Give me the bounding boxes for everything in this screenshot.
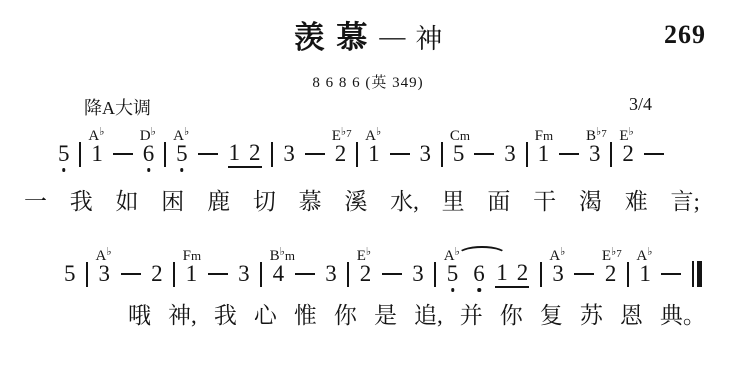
note: 1 bbox=[496, 261, 508, 284]
title-main: 羡 慕 bbox=[294, 20, 370, 55]
duration-dash bbox=[121, 273, 141, 275]
barline bbox=[610, 142, 612, 167]
flat-symbol: ♭ bbox=[376, 126, 381, 138]
note: 2 bbox=[151, 261, 163, 287]
slur-arc bbox=[457, 246, 507, 264]
chord-label: A♭ bbox=[549, 247, 565, 264]
lyric-syllable: 水, bbox=[390, 189, 419, 215]
lyric-syllable: 我 bbox=[70, 189, 93, 215]
notation-line-1: 51A♭6D♭5A♭1232E♭71A♭35Cm31Fm3B♭72E♭ bbox=[58, 141, 664, 167]
note: 1A♭ bbox=[368, 141, 380, 167]
chord-label: A♭ bbox=[96, 247, 112, 264]
flat-symbol: ♭ bbox=[366, 246, 371, 258]
beam-group: 12 bbox=[495, 261, 529, 288]
note: 2 bbox=[517, 261, 529, 284]
octave-dot bbox=[451, 288, 455, 292]
final-thin-bar bbox=[692, 261, 694, 287]
note: 3 bbox=[283, 141, 295, 167]
barline bbox=[173, 262, 175, 287]
note: 3 bbox=[325, 261, 337, 287]
note: 2E♭7 bbox=[335, 141, 347, 167]
lyric-syllable: 你 bbox=[334, 303, 357, 329]
note: 4B♭m bbox=[273, 261, 285, 287]
lyrics-line-2: 哦神,我心惟你是追,并你复苏恩典。 bbox=[128, 303, 706, 329]
final-thick-bar bbox=[697, 261, 702, 287]
chord-label: A♭ bbox=[636, 247, 652, 264]
lyric-syllable: 哦 bbox=[128, 303, 151, 329]
note: 3A♭ bbox=[99, 261, 111, 287]
lyric-syllable: 鹿 bbox=[207, 189, 230, 215]
note: 5 bbox=[58, 141, 70, 167]
note: 5 bbox=[64, 261, 76, 287]
note: 6D♭ bbox=[143, 141, 155, 167]
octave-dot bbox=[147, 168, 151, 172]
duration-dash bbox=[661, 273, 681, 275]
lyric-syllable: 是 bbox=[374, 303, 397, 329]
notation-line-2: 53A♭21Fm34B♭m32E♭35A♭6123A♭2E♭71A♭ bbox=[64, 261, 702, 287]
lyric-syllable: 心 bbox=[254, 303, 277, 329]
lyric-syllable: 复 bbox=[540, 303, 563, 329]
flat-symbol: ♭ bbox=[560, 246, 565, 258]
lyric-syllable: 追, bbox=[414, 303, 443, 329]
title-dash: — bbox=[379, 22, 405, 51]
note: 3A♭ bbox=[552, 261, 564, 287]
duration-dash bbox=[390, 153, 410, 155]
hymn-title: 羡 慕 — 神 bbox=[0, 12, 736, 57]
duration-dash bbox=[295, 273, 315, 275]
chord-label: B♭7 bbox=[586, 127, 607, 144]
key-signature: 降A大调 bbox=[84, 94, 151, 120]
lyric-syllable: 渴 bbox=[579, 189, 602, 215]
lyric-syllable: 典。 bbox=[660, 303, 706, 329]
meter-and-index: 8 6 8 6 (英 349) bbox=[0, 71, 736, 92]
duration-dash bbox=[644, 153, 664, 155]
barline bbox=[164, 142, 166, 167]
duration-dash bbox=[559, 153, 579, 155]
hymn-sheet-page: 269 羡 慕 — 神 8 6 8 6 (英 349) 降A大调 3/4 51A… bbox=[0, 0, 736, 370]
lyric-syllable: 恩 bbox=[620, 303, 643, 329]
lyric-syllable: 干 bbox=[533, 189, 556, 215]
flat-symbol: ♭ bbox=[647, 246, 652, 258]
duration-dash bbox=[382, 273, 402, 275]
chord-label: D♭ bbox=[140, 127, 156, 144]
lyric-syllable: 言; bbox=[670, 189, 699, 215]
chord-label: E♭ bbox=[357, 247, 371, 264]
barline bbox=[260, 262, 262, 287]
barline bbox=[79, 142, 81, 167]
note: 3 bbox=[238, 261, 250, 287]
barline bbox=[86, 262, 88, 287]
lyric-syllable: 惟 bbox=[294, 303, 317, 329]
time-signature: 3/4 bbox=[629, 94, 652, 115]
barline bbox=[540, 262, 542, 287]
note: 2E♭ bbox=[622, 141, 634, 167]
octave-dot bbox=[477, 288, 481, 292]
barline bbox=[441, 142, 443, 167]
lyric-syllable: 慕 bbox=[299, 189, 322, 215]
verse-number: 一 bbox=[24, 189, 47, 215]
lyric-syllable: 溪 bbox=[344, 189, 367, 215]
duration-dash bbox=[113, 153, 133, 155]
note: 1A♭ bbox=[91, 141, 103, 167]
barline bbox=[271, 142, 273, 167]
note: 3 bbox=[412, 261, 424, 287]
note: 1 bbox=[229, 141, 241, 164]
note: 1Fm bbox=[186, 261, 198, 287]
duration-dash bbox=[305, 153, 325, 155]
barline bbox=[347, 262, 349, 287]
octave-dot bbox=[62, 168, 66, 172]
chord-suffix: 7 bbox=[346, 128, 352, 140]
note: 3 bbox=[504, 141, 516, 167]
note: 2 bbox=[249, 141, 261, 164]
chord-label: Fm bbox=[183, 249, 201, 264]
barline bbox=[627, 262, 629, 287]
duration-dash bbox=[574, 273, 594, 275]
note: 3B♭7 bbox=[589, 141, 601, 167]
chord-suffix: m bbox=[460, 128, 470, 143]
lyric-syllable: 我 bbox=[214, 303, 237, 329]
lyric-syllable: 切 bbox=[253, 189, 276, 215]
lyric-syllable: 里 bbox=[442, 189, 465, 215]
barline bbox=[356, 142, 358, 167]
lyric-syllable: 你 bbox=[500, 303, 523, 329]
note: 1A♭ bbox=[639, 261, 651, 287]
note: 5Cm bbox=[453, 141, 465, 167]
flat-symbol: ♭ bbox=[629, 126, 634, 138]
chord-suffix: m bbox=[285, 248, 295, 263]
chord-suffix: m bbox=[543, 128, 553, 143]
chord-label: E♭ bbox=[619, 127, 633, 144]
barline bbox=[526, 142, 528, 167]
chord-label: Fm bbox=[535, 129, 553, 144]
note: 1Fm bbox=[538, 141, 550, 167]
lyric-syllable: 苏 bbox=[580, 303, 603, 329]
final-barline bbox=[692, 261, 702, 287]
barline bbox=[434, 262, 436, 287]
chord-label: E♭7 bbox=[602, 247, 622, 264]
slur-group: 5A♭6 bbox=[447, 261, 485, 287]
lyric-syllable: 面 bbox=[487, 189, 510, 215]
chord-label: A♭ bbox=[365, 127, 381, 144]
lyric-syllable: 如 bbox=[116, 189, 139, 215]
lyrics-line-1: 一我如困鹿切慕溪水,里面干渴难言; bbox=[24, 189, 700, 215]
octave-dot bbox=[180, 168, 184, 172]
flat-symbol: ♭ bbox=[106, 246, 111, 258]
chord-suffix: m bbox=[191, 248, 201, 263]
duration-dash bbox=[198, 153, 218, 155]
lyric-syllable: 并 bbox=[460, 303, 483, 329]
note: 3 bbox=[420, 141, 432, 167]
chord-label: Cm bbox=[450, 129, 470, 144]
chord-suffix: 7 bbox=[616, 248, 622, 260]
title-subject: 神 bbox=[415, 24, 442, 54]
chord-label: B♭m bbox=[270, 247, 295, 264]
lyric-syllable: 难 bbox=[625, 189, 648, 215]
lyric-syllable: 困 bbox=[161, 189, 184, 215]
lyric-syllable: 神, bbox=[168, 303, 197, 329]
duration-dash bbox=[474, 153, 494, 155]
chord-label: A♭ bbox=[173, 127, 189, 144]
note: 2E♭7 bbox=[605, 261, 617, 287]
duration-dash bbox=[208, 273, 228, 275]
note: 6 bbox=[473, 261, 485, 287]
chord-suffix: 7 bbox=[601, 128, 607, 140]
note: 5A♭ bbox=[176, 141, 188, 167]
beam-group: 12 bbox=[228, 141, 262, 168]
flat-symbol: ♭ bbox=[184, 126, 189, 138]
flat-symbol: ♭ bbox=[151, 126, 156, 138]
chord-label: E♭7 bbox=[332, 127, 352, 144]
note: 5A♭ bbox=[447, 261, 459, 287]
flat-symbol: ♭ bbox=[99, 126, 104, 138]
note: 2E♭ bbox=[360, 261, 372, 287]
chord-label: A♭ bbox=[88, 127, 104, 144]
